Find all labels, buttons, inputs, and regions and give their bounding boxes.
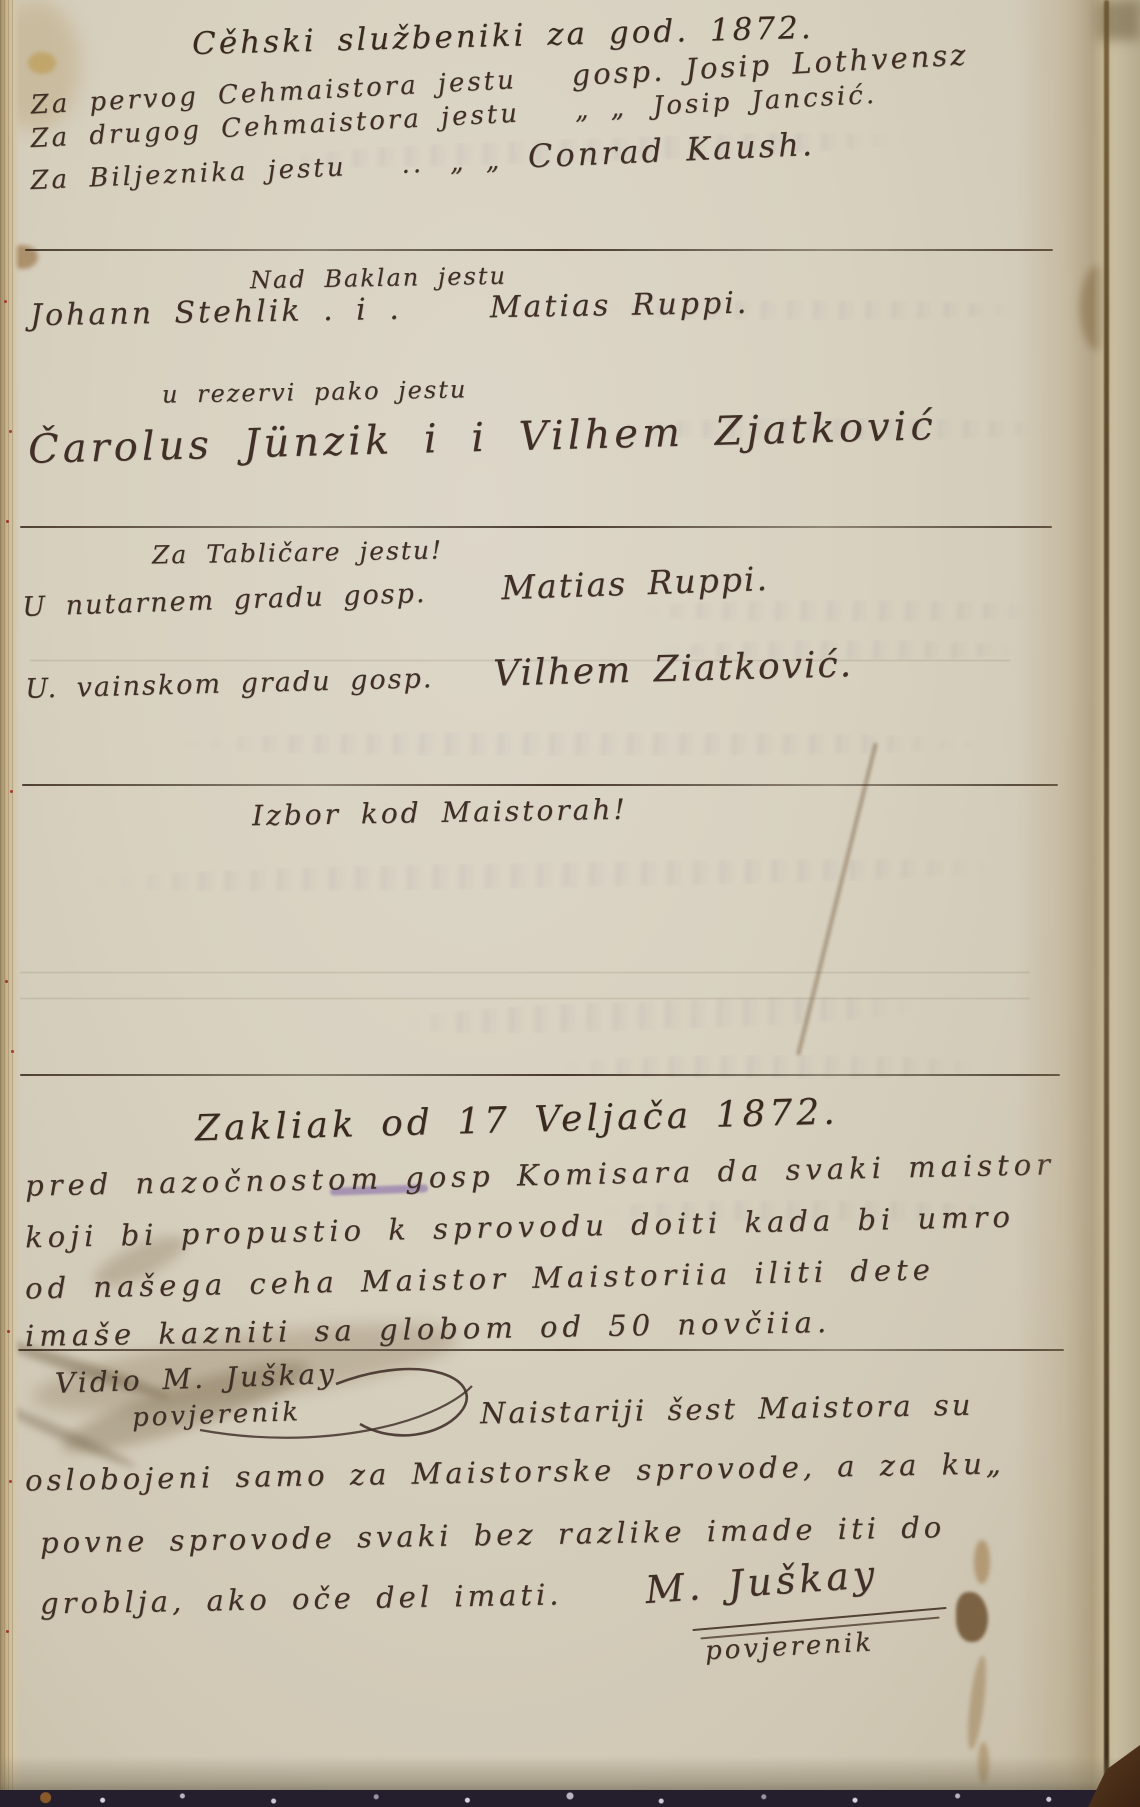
showthrough-row (90, 854, 1010, 896)
resolution-line: pred nazočnostom gosp Komisara da svaki … (25, 1147, 1056, 1203)
tablicari-row-name: Vilhem Ziatković. (493, 644, 854, 694)
tablicari-row: U. vainskom gradu gosp.Vilhem Ziatković. (25, 644, 854, 707)
official-name: Conrad Kaush. (527, 125, 816, 175)
reserve-heading: u rezervi pako jestu (162, 375, 468, 408)
resolution-line: koji bi propustio k sprovodu doiti kada … (25, 1200, 1015, 1255)
dots: .. (401, 149, 425, 180)
flourish (330, 1358, 500, 1453)
note-line: povne sprovode svaki bez razlike imade i… (40, 1510, 946, 1560)
ruling-showthrough (20, 998, 1030, 999)
reserve-names: Čarolus Jünzik i i Vilhem Zjatković (28, 403, 938, 473)
drip-stain (964, 1655, 989, 1751)
ditto-marks: „ „ (574, 93, 628, 126)
signature: M. Juškay (644, 1552, 880, 1612)
left-edge-speckles (4, 300, 7, 303)
section-divider (22, 784, 1058, 786)
note-line: oslobojeni samo za Maistorske sprovode, … (25, 1446, 1005, 1497)
flag-name-1: Johann Stehlik . i . (30, 292, 402, 333)
section-divider (20, 1074, 1060, 1076)
official-role: Za Biljeznika jestu (30, 152, 347, 196)
resolution-line: imaše kazniti sa globom od 50 novčiia. (25, 1305, 832, 1353)
note-line: groblja, ako oče del imati. (40, 1577, 563, 1620)
section-divider (20, 526, 1052, 528)
left-edge-lines (0, 0, 13, 1807)
bottom-page-edge (0, 1756, 1140, 1792)
tablicari-row-label: U. vainskom gradu gosp. (25, 663, 434, 705)
binding-crease (1104, 0, 1109, 1807)
marbled-cover-band (0, 1790, 1140, 1807)
flag-names-line: Johann Stehlik . i .Matias Ruppi. (30, 286, 750, 334)
resolution-heading: Zakliak od 17 Veljača 1872. (195, 1092, 840, 1150)
document-page: Cěhski službeniki za god. 1872. Za pervo… (0, 0, 1140, 1807)
ditto-marks: „ „ (449, 146, 502, 178)
flag-name-2: Matias Ruppi. (489, 286, 749, 326)
election-heading: Izbor kod Maistorah! (252, 793, 628, 833)
tablicari-heading: Za Tabličare jestu! (152, 535, 443, 569)
drip-stain (956, 1592, 988, 1642)
signature-role: povjerenik (704, 1628, 874, 1667)
tablicari-row-label: U nutarnem gradu gosp. (22, 578, 427, 623)
right-page-curve (1015, 0, 1140, 1807)
showthrough-row (640, 600, 1040, 622)
ink-spot (28, 52, 56, 74)
top-right-corner-shade (1098, 0, 1140, 40)
showthrough-row (180, 732, 980, 756)
flag-heading: Nad Baklan jestu (250, 262, 507, 294)
ruling-showthrough (20, 972, 1030, 973)
note-line: Naistariji šest Maistora su (480, 1388, 974, 1431)
drip-stain (974, 1540, 990, 1584)
section-divider (25, 249, 1053, 251)
